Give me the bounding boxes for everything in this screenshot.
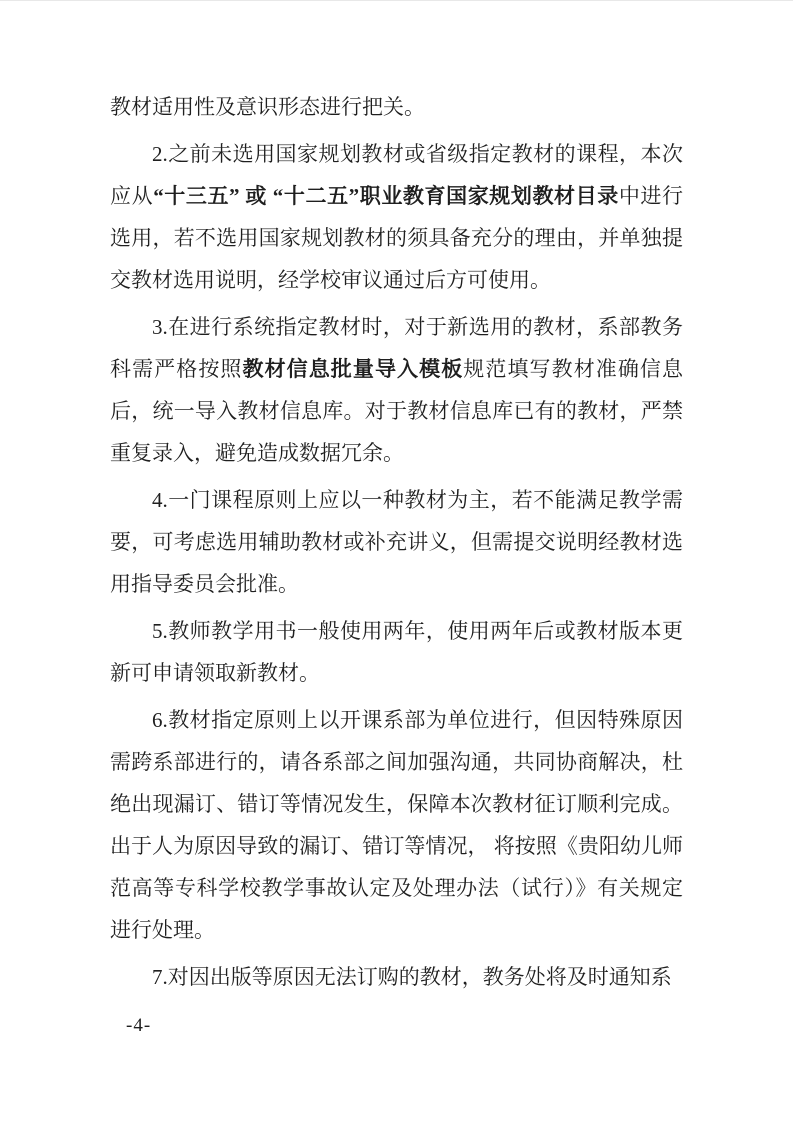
document-body: 教材适用性及意识形态进行把关。2.之前未选用国家规划教材或省级指定教材的课程，本… [110, 86, 683, 1003]
document-page: 教材适用性及意识形态进行把关。2.之前未选用国家规划教材或省级指定教材的课程，本… [0, 0, 793, 1122]
paragraph: 4.一门课程原则上应以一种教材为主，若不能满足教学需要，可考虑选用辅助教材或补充… [110, 479, 683, 605]
paragraph: 教材适用性及意识形态进行把关。 [110, 86, 683, 128]
text-run: 4.一门课程原则上应以一种教材为主，若不能满足教学需要，可考虑选用辅助教材或补充… [110, 488, 683, 596]
bold-text-run: “十三五” 或 “十二五”职业教育国家规划教材目录 [153, 184, 619, 208]
text-run: 5.教师教学用书一般使用两年，使用两年后或教材版本更新可申请领取新教材。 [110, 619, 683, 685]
paragraph: 3.在进行系统指定教材时，对于新选用的教材，系部教务科需严格按照教材信息批量导入… [110, 306, 683, 474]
paragraph: 6.教材指定原则上以开课系部为单位进行，但因特殊原因需跨系部进行的，请各系部之间… [110, 699, 683, 951]
paragraph: 2.之前未选用国家规划教材或省级指定教材的课程，本次应从“十三五” 或 “十二五… [110, 133, 683, 301]
text-run: 7.对因出版等原因无法订购的教材，教务处将及时通知系 [152, 965, 672, 989]
text-run: 6.教材指定原则上以开课系部为单位进行，但因特殊原因需跨系部进行的，请各系部之间… [110, 708, 683, 942]
text-run: 教材适用性及意识形态进行把关。 [110, 95, 425, 119]
bold-text-run: 教材信息批量导入模板 [242, 357, 463, 381]
page-number: -4- [126, 1013, 151, 1039]
paragraph: 7.对因出版等原因无法订购的教材，教务处将及时通知系 [110, 956, 683, 998]
paragraph: 5.教师教学用书一般使用两年，使用两年后或教材版本更新可申请领取新教材。 [110, 610, 683, 694]
